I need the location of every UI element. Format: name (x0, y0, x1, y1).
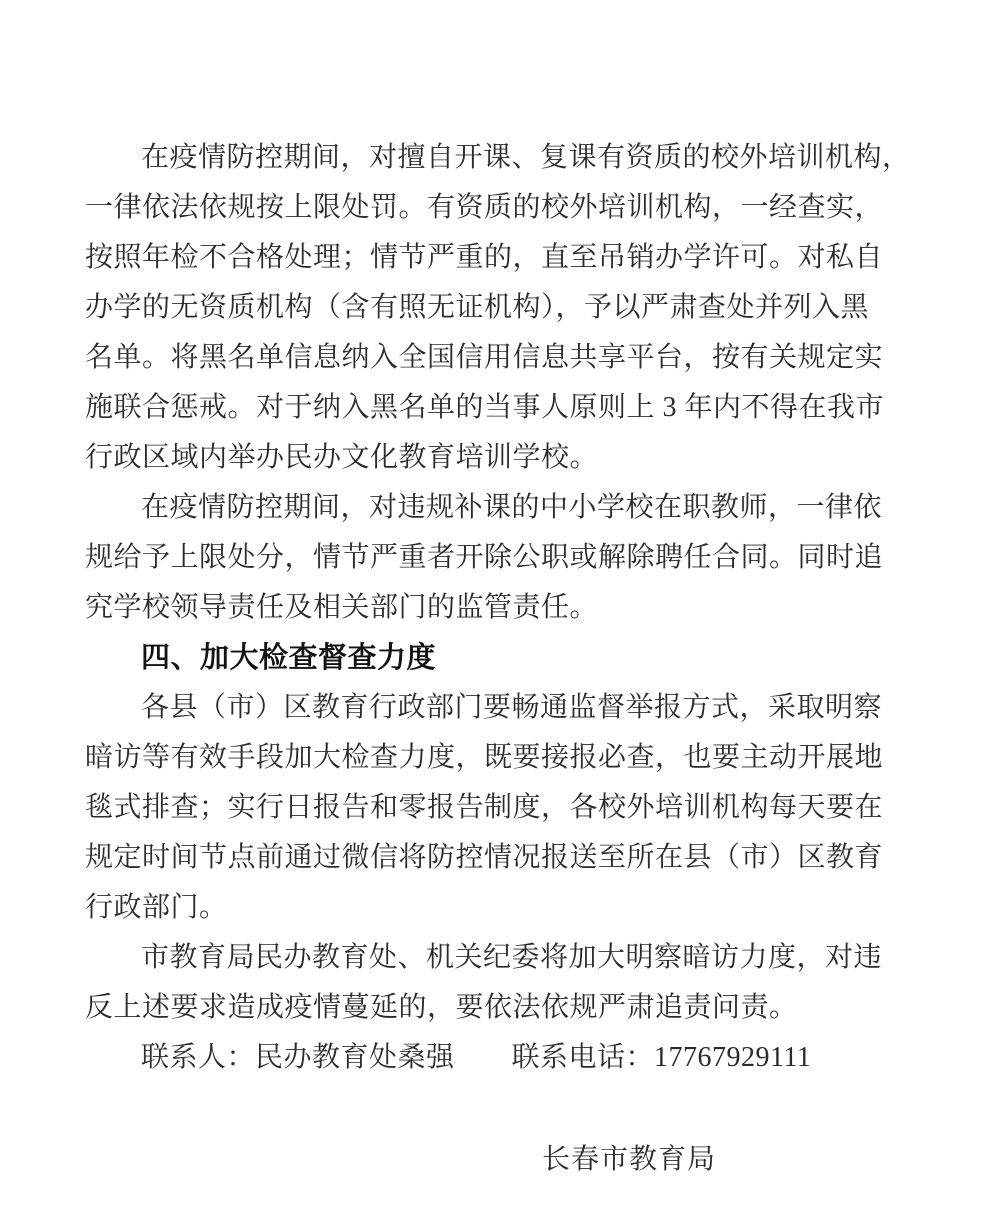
paragraph-1-line: 办学的无资质机构（含有照无证机构），予以严肃查处并列入黑 (85, 283, 905, 333)
paragraph-4-line: 市教育局民办教育处、机关纪委将加大明察暗访力度，对违 (85, 933, 905, 983)
document-body: 在疫情防控期间，对擅自开课、复课有资质的校外培训机构， 一律依法依规按上限处罚。… (0, 0, 988, 1185)
section-heading: 四、加大检查督查力度 (85, 633, 905, 683)
paragraph-1-line: 一律依法依规按上限处罚。有资质的校外培训机构，一经查实， (85, 183, 905, 233)
paragraph-3-line: 毯式排查；实行日报告和零报告制度，各校外培训机构每天要在 (85, 783, 905, 833)
paragraph-1-line: 名单。将黑名单信息纳入全国信用信息共享平台，按有关规定实 (85, 333, 905, 383)
paragraph-3-line: 暗访等有效手段加大检查力度，既要接报必查，也要主动开展地 (85, 733, 905, 783)
document-page: 在疫情防控期间，对擅自开课、复课有资质的校外培训机构， 一律依法依规按上限处罚。… (0, 0, 988, 1212)
paragraph-3-line: 规定时间节点前通过微信将防控情况报送至所在县（市）区教育 (85, 833, 905, 883)
paragraph-2-line: 在疫情防控期间，对违规补课的中小学校在职教师，一律依 (85, 483, 905, 533)
paragraph-2-line: 规给予上限处分，情节严重者开除公职或解除聘任合同。同时追 (85, 533, 905, 583)
paragraph-1-line: 施联合惩戒。对于纳入黑名单的当事人原则上 3 年内不得在我市 (85, 383, 905, 433)
paragraph-4-line: 反上述要求造成疫情蔓延的，要依法依规严肃追责问责。 (85, 983, 905, 1033)
paragraph-2-line: 究学校领导责任及相关部门的监管责任。 (85, 583, 905, 633)
contact-line: 联系人：民办教育处桑强 联系电话：17767929111 (85, 1033, 905, 1083)
paragraph-1-line: 按照年检不合格处理；情节严重的，直至吊销办学许可。对私自 (85, 233, 905, 283)
paragraph-3-line: 各县（市）区教育行政部门要畅通监督举报方式，采取明察 (85, 683, 905, 733)
paragraph-3-line: 行政部门。 (85, 883, 905, 933)
paragraph-1-line: 在疫情防控期间，对擅自开课、复课有资质的校外培训机构， (85, 133, 905, 183)
paragraph-1-line: 行政区域内举办民办文化教育培训学校。 (85, 433, 905, 483)
signature-line: 长春市教育局 (85, 1135, 905, 1185)
